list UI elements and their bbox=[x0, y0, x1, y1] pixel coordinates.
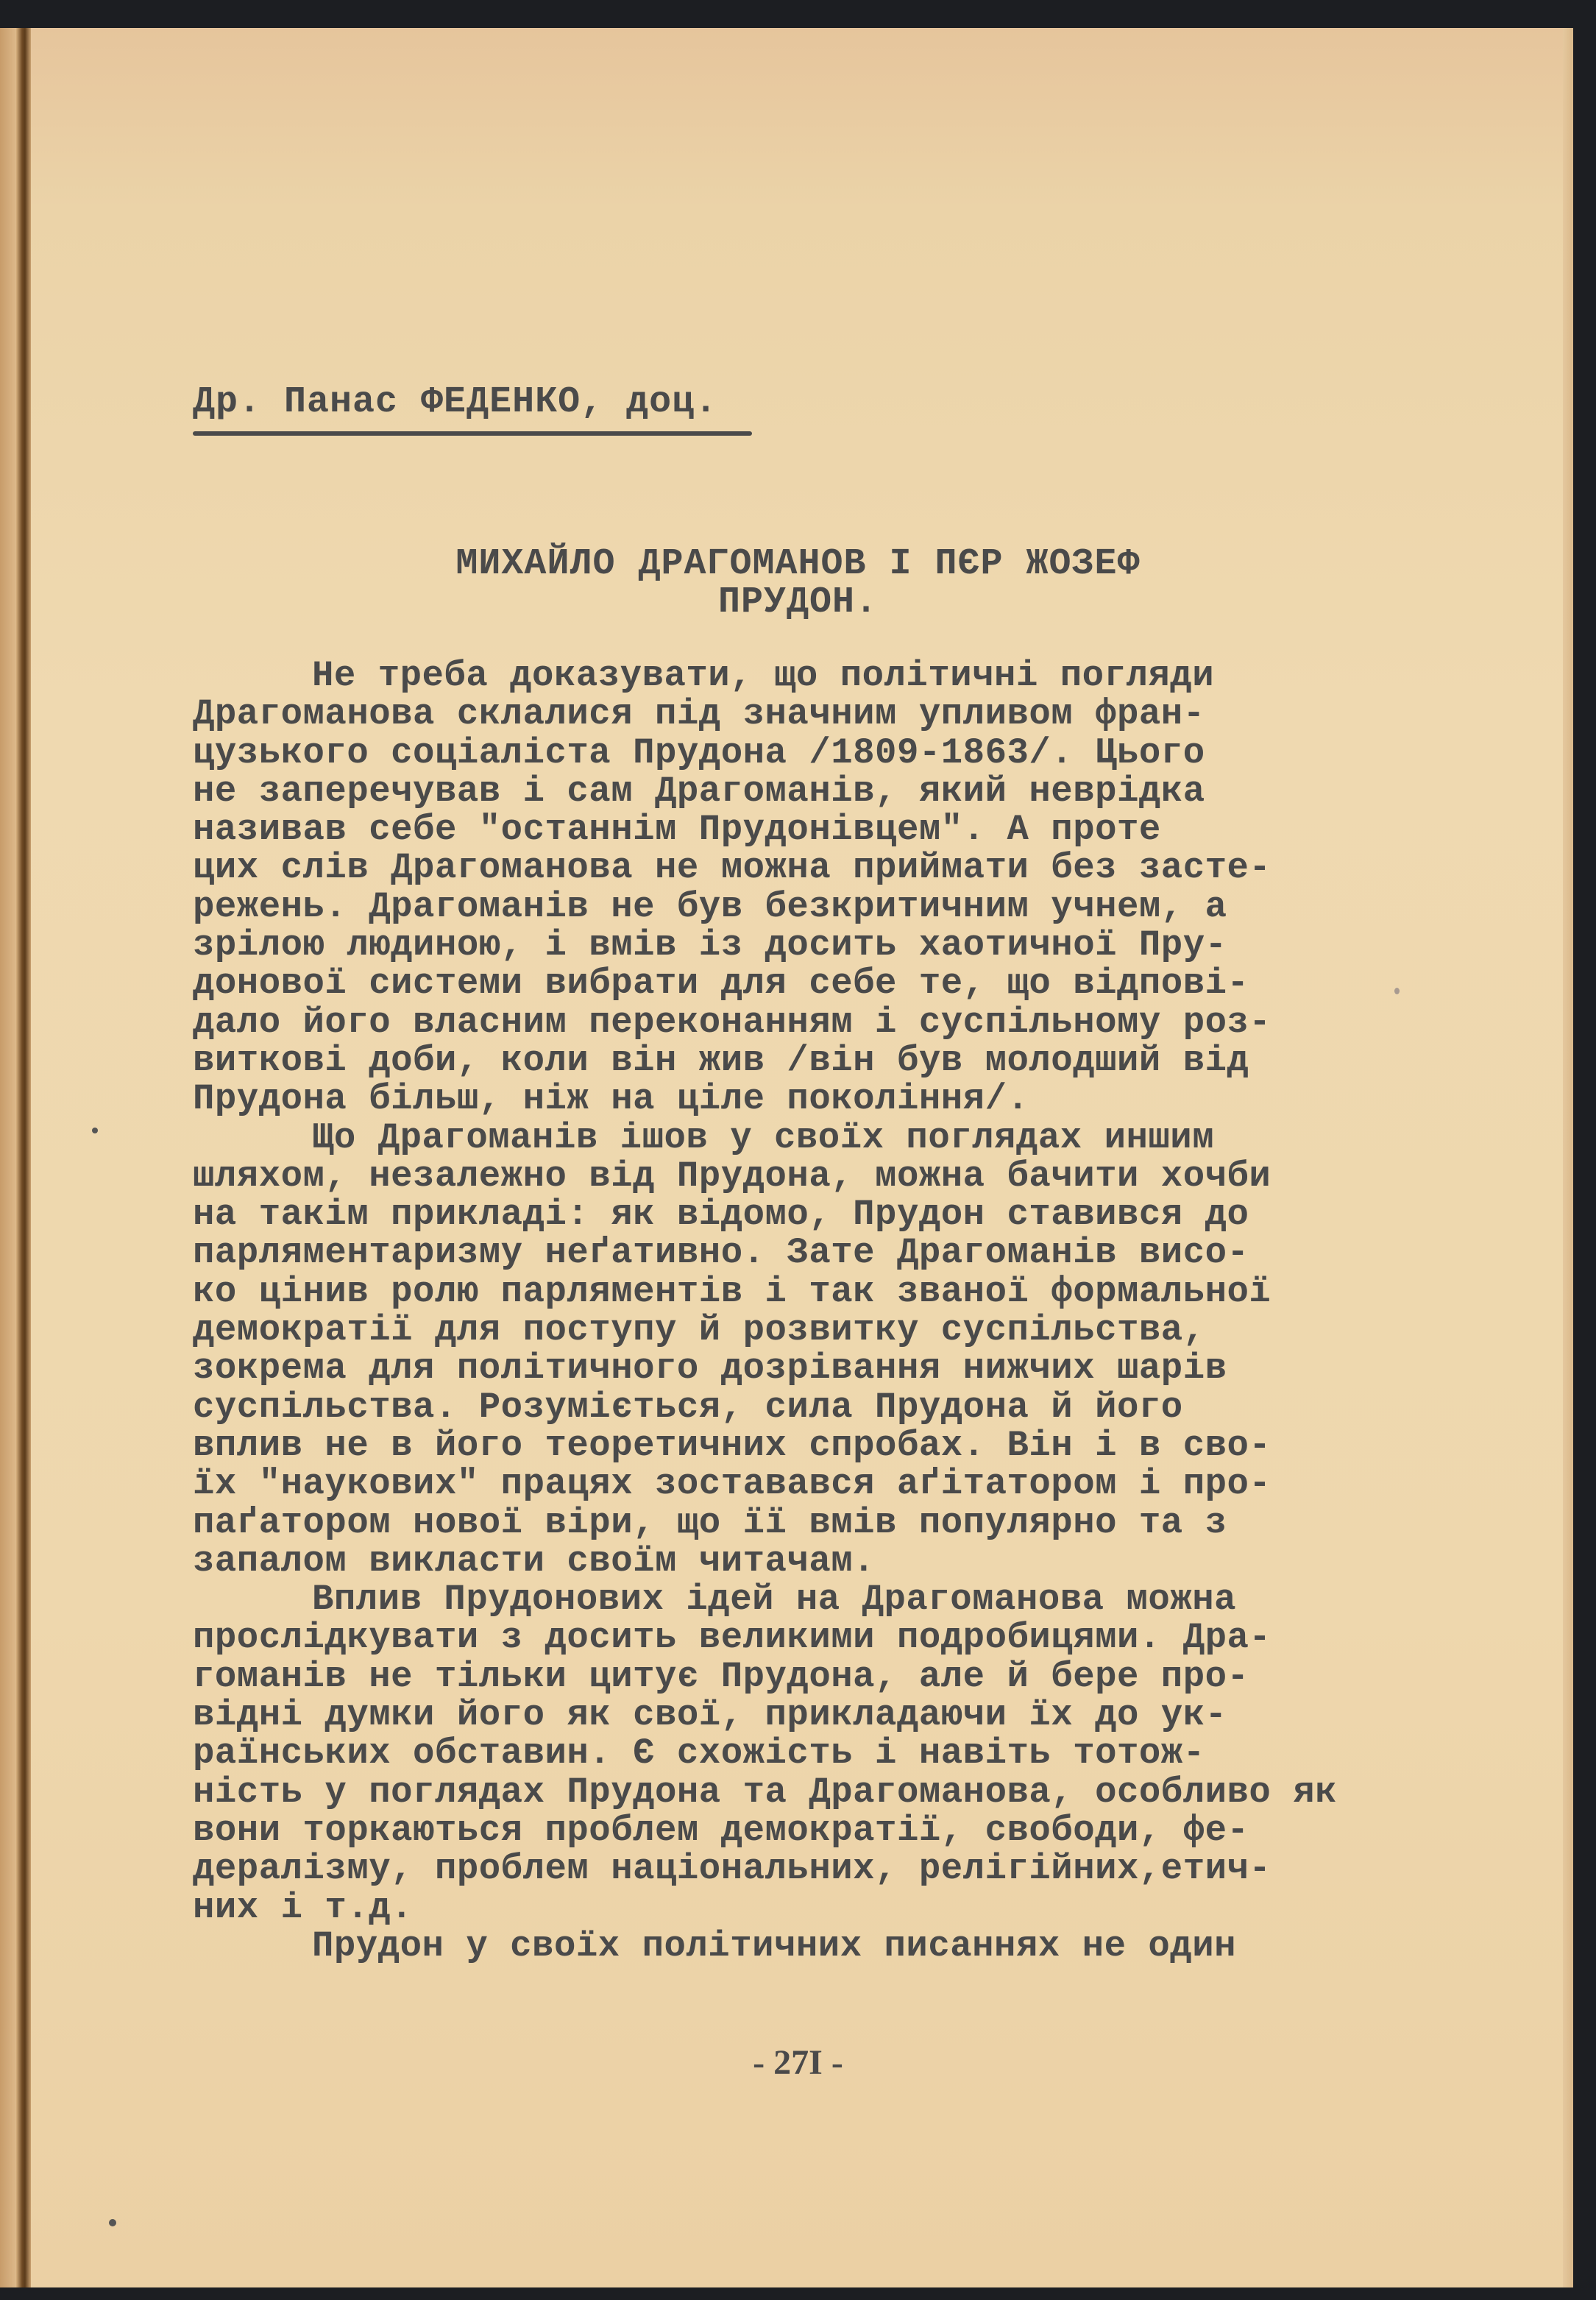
body-line: вплив не в його теоретичних спробах. Він… bbox=[193, 1426, 1444, 1465]
body-line: них і т.д. bbox=[193, 1889, 1444, 1927]
body-line: зокрема для політичного дозрівання нижчи… bbox=[193, 1349, 1444, 1387]
body-line: раїнських обставин. Є схожість і навіть … bbox=[193, 1734, 1444, 1772]
binding-shadow bbox=[0, 28, 16, 2287]
body-line: донової системи вибрати для себе те, що … bbox=[193, 964, 1444, 1002]
body-line: Драгоманова склалися під значним упливом… bbox=[193, 695, 1444, 733]
article-title-line-1: МИХАЙЛО ДРАГОМАНОВ І ПЄР ЖОЗЕФ bbox=[0, 543, 1596, 585]
body-line: режень. Драгоманів не був безкритичним у… bbox=[193, 888, 1444, 926]
author-underline bbox=[193, 431, 752, 436]
body-line: відні думки його як свої, прикладаючи їх… bbox=[193, 1696, 1444, 1734]
body-line: цузького соціаліста Прудона /1809-1863/.… bbox=[193, 734, 1444, 772]
body-line: Не треба доказувати, що політичні погляд… bbox=[193, 657, 1444, 695]
body-line: парляментаризму неґативно. Зате Драгоман… bbox=[193, 1234, 1444, 1272]
article-body: Не треба доказувати, що політичні погляд… bbox=[193, 657, 1444, 1965]
page-binding bbox=[16, 28, 31, 2287]
body-line: прослідкувати з досить великими подробиц… bbox=[193, 1618, 1444, 1657]
body-line: виткові доби, коли він жив /він був моло… bbox=[193, 1041, 1444, 1080]
body-line: дералізму, проблем національних, релігій… bbox=[193, 1850, 1444, 1888]
body-line: Вплив Прудонових ідей на Драгоманова мож… bbox=[193, 1580, 1444, 1618]
body-line: дало його власним переконанням і суспіль… bbox=[193, 1003, 1444, 1041]
body-line: ність у поглядах Прудона та Драгоманова,… bbox=[193, 1773, 1444, 1811]
body-line: зрілою людиною, і вмів із досить хаотичн… bbox=[193, 926, 1444, 964]
page-edge bbox=[1563, 28, 1573, 2287]
body-line: цих слів Драгоманова не можна приймати б… bbox=[193, 849, 1444, 887]
ink-speck bbox=[109, 2219, 116, 2226]
ink-speck bbox=[1394, 988, 1400, 994]
body-line: на такім прикладі: як відомо, Прудон ста… bbox=[193, 1195, 1444, 1234]
body-line: називав себе "останнім Прудонівцем". А п… bbox=[193, 810, 1444, 849]
body-line: ко цінив ролю парляментів і так званої ф… bbox=[193, 1273, 1444, 1311]
body-line: гоманів не тільки цитує Прудона, але й б… bbox=[193, 1657, 1444, 1696]
author-line: Др. Панас ФЕДЕНКО, доц. bbox=[193, 381, 717, 423]
body-line: суспільства. Розуміється, сила Прудона й… bbox=[193, 1388, 1444, 1426]
body-line: демократії для поступу й розвитку суспіл… bbox=[193, 1311, 1444, 1349]
body-line: паґатором нової віри, що її вмів популяр… bbox=[193, 1504, 1444, 1542]
body-line: Прудон у своїх політичних писаннях не од… bbox=[193, 1927, 1444, 1965]
body-line: шляхом, незалежно від Прудона, можна бач… bbox=[193, 1157, 1444, 1195]
page-number: - 27I - bbox=[0, 2042, 1596, 2083]
body-line: запалом викласти своїм читачам. bbox=[193, 1542, 1444, 1580]
ink-speck bbox=[92, 1128, 98, 1133]
body-line: Прудона більш, ніж на ціле покоління/. bbox=[193, 1080, 1444, 1118]
body-line: їх "наукових" працях зоставався аґітатор… bbox=[193, 1465, 1444, 1503]
body-line: вони торкаються проблем демократії, своб… bbox=[193, 1811, 1444, 1850]
body-line: не заперечував і сам Драгоманів, який не… bbox=[193, 772, 1444, 810]
body-line: Що Драгоманів ішов у своїх поглядах инши… bbox=[193, 1119, 1444, 1157]
article-title-line-2: ПРУДОН. bbox=[0, 581, 1596, 623]
